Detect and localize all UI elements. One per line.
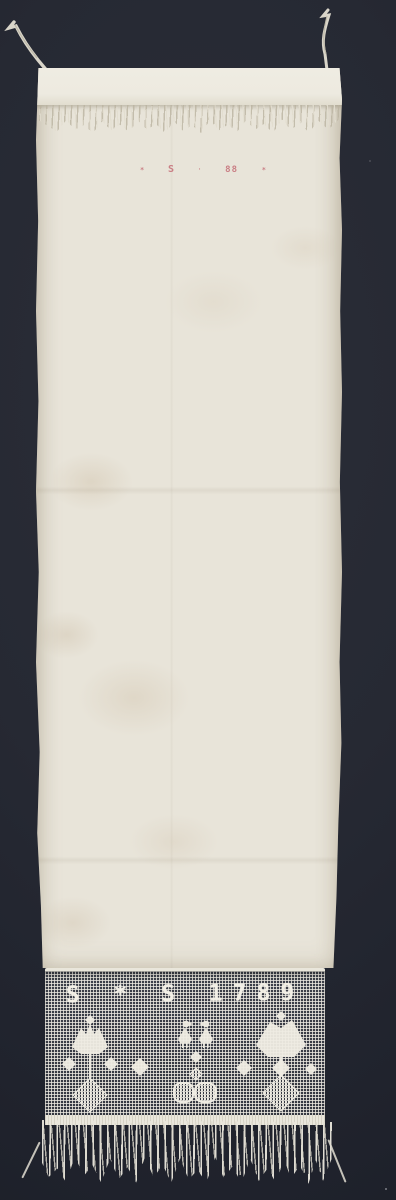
stray-fringe-strand [21,1142,40,1179]
monogram-initial: S [168,164,174,175]
top-hem-band [36,68,342,105]
bird-pair-motif [178,1021,213,1063]
diamond-motif [131,1058,149,1076]
photo-backdrop: * S · 88 * S * S 1789 [0,0,396,1200]
carnation-motif-right [256,1011,317,1111]
towel-body: * S · 88 * [36,68,342,968]
stitch-mark-icon: * [262,166,266,174]
bottom-fringe [40,1120,332,1184]
hanging-tie-right [306,6,346,76]
top-fringe [39,105,339,133]
cherries-motif [174,1068,216,1102]
diamond-motif [236,1060,252,1076]
monogram-numerals: 88 [225,165,238,175]
stitch-mark-icon: * [140,166,144,174]
stitch-dot-icon: · [198,166,202,173]
dust-speck [369,160,371,162]
lace-motif-row [45,1011,325,1125]
carnation-motif-left [62,1015,118,1112]
filet-lace-panel: S * S 1789 [45,968,325,1125]
dust-speck [385,1188,387,1190]
cross-stitch-monogram: * S · 88 * [140,164,266,175]
lace-inscription: S * S 1789 [45,980,325,1009]
